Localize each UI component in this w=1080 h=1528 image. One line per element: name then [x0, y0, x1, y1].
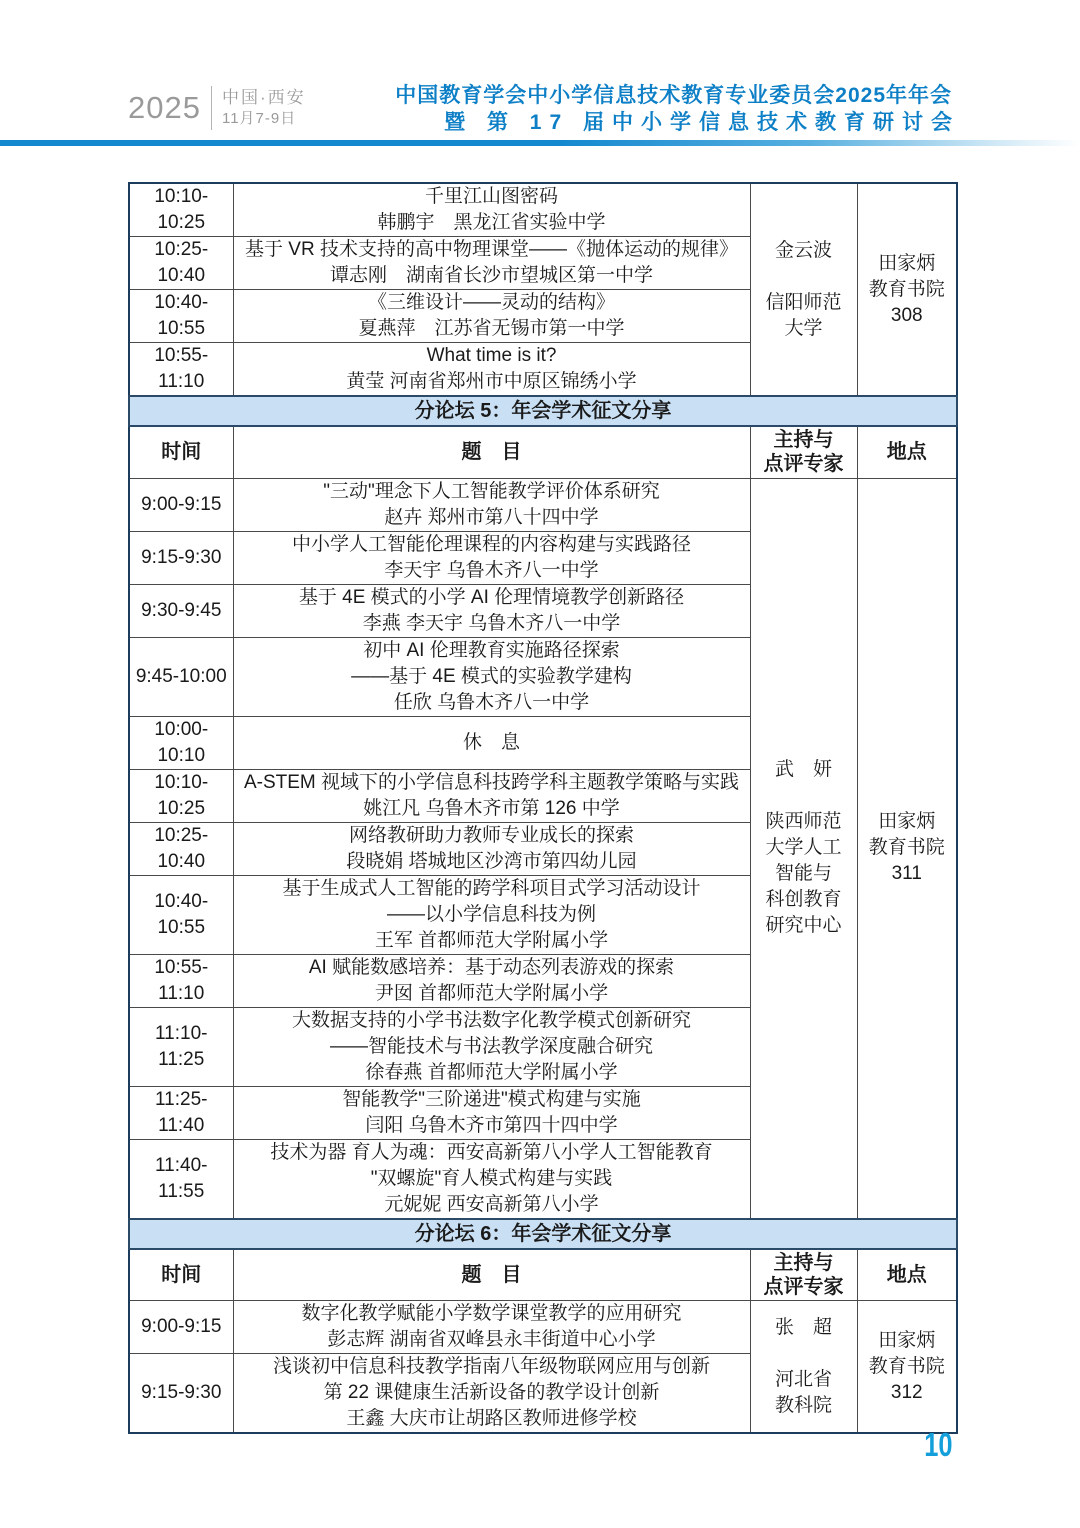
session-subtitle: ——基于 4E 模式的实验教学建构 [236, 664, 748, 690]
topic-cell: "三动"理念下人工智能教学评价体系研究 赵卉 郑州市第八十四中学 [233, 478, 750, 531]
host-name: 武 妍 [753, 757, 855, 783]
col-header-venue: 地点 [857, 426, 957, 478]
session-title: 基于生成式人工智能的跨学科项目式学习活动设计 [236, 876, 748, 902]
session-subtitle: ——以小学信息科技为例 [236, 902, 748, 928]
conference-title-line2: 暨 第 17 届中小学信息技术教育研讨会 [395, 109, 960, 136]
time-cell: 11:40-11:55 [129, 1139, 233, 1219]
event-dates: 11月7-9日 [222, 108, 306, 129]
column-header-row: 时间 题 目 主持与 点评专家 地点 [129, 426, 957, 478]
col-header-host: 主持与 点评专家 [750, 1249, 857, 1301]
col-header-time: 时间 [129, 426, 233, 478]
schedule-table: 10:10-10:25 千里江山图密码 韩鹏宇 黑龙江省实验中学 金云波 信阳师… [128, 182, 958, 1434]
session-author: 姚江凡 乌鲁木齐市第 126 中学 [236, 796, 748, 822]
venue-line: 教育书院 [860, 277, 955, 303]
host-name: 金云波 [753, 238, 855, 264]
host-org-line: 信阳师范 [753, 290, 855, 316]
session-author: 王鑫 大庆市让胡路区教师进修学校 [236, 1406, 748, 1432]
host-cell: 武 妍 陕西师范 大学人工 智能与 科创教育 研究中心 [750, 478, 857, 1219]
session-author: 尹囡 首都师范大学附属小学 [236, 981, 748, 1007]
session-subtitle: "双螺旋"育人模式构建与实践 [236, 1166, 748, 1192]
time-cell: 9:30-9:45 [129, 584, 233, 637]
col-header-time: 时间 [129, 1249, 233, 1301]
forum-banner-row: 分论坛 6：年会学术征文分享 [129, 1219, 957, 1249]
time-cell: 10:10-10:25 [129, 769, 233, 822]
session-author: 黄莹 河南省郑州市中原区锦绣小学 [236, 369, 748, 395]
venue-cell: 田家炳 教育书院 308 [857, 183, 957, 396]
topic-cell: 基于生成式人工智能的跨学科项目式学习活动设计 ——以小学信息科技为例 王军 首都… [233, 875, 750, 954]
session-author: 王军 首都师范大学附属小学 [236, 928, 748, 954]
venue-cell: 田家炳 教育书院 312 [857, 1301, 957, 1434]
time-cell: 11:25-11:40 [129, 1086, 233, 1139]
session-title: 浅谈初中信息科技教学指南八年级物联网应用与创新 [236, 1354, 748, 1380]
session-title: AI 赋能数感培养：基于动态列表游戏的探索 [236, 955, 748, 981]
host-org-line: 陕西师范 [753, 809, 855, 835]
time-cell: 9:15-9:30 [129, 531, 233, 584]
session-title: 初中 AI 伦理教育实施路径探索 [236, 638, 748, 664]
host-org-line: 研究中心 [753, 913, 855, 939]
time-cell: 10:40-10:55 [129, 290, 233, 343]
time-cell: 10:00-10:10 [129, 716, 233, 769]
host-cell: 金云波 信阳师范 大学 [750, 183, 857, 396]
col-header-topic: 题 目 [233, 426, 750, 478]
session-title: "三动"理念下人工智能教学评价体系研究 [236, 479, 748, 505]
topic-cell: AI 赋能数感培养：基于动态列表游戏的探索 尹囡 首都师范大学附属小学 [233, 954, 750, 1007]
session-author: 元妮妮 西安高新第八小学 [236, 1192, 748, 1218]
session-title: 技术为器 育人为魂：西安高新第八小学人工智能教育 [236, 1140, 748, 1166]
break-cell: 休 息 [233, 716, 750, 769]
session-author: 任欣 乌鲁木齐八一中学 [236, 690, 748, 716]
venue-line: 田家炳 [860, 251, 955, 277]
session-author: 韩鹏宇 黑龙江省实验中学 [236, 210, 748, 236]
page-number: 10 [924, 1426, 952, 1465]
host-org-line: 科创教育 [753, 887, 855, 913]
host-org-line: 智能与 [753, 861, 855, 887]
time-cell: 10:25-10:40 [129, 822, 233, 875]
session-title: 基于 4E 模式的小学 AI 伦理情境教学创新路径 [236, 585, 748, 611]
session-author: 徐春燕 首都师范大学附属小学 [236, 1060, 748, 1086]
host-org-line: 教科院 [753, 1393, 855, 1419]
session-title: A-STEM 视域下的小学信息科技跨学科主题教学策略与实践 [236, 770, 748, 796]
session-title: 数字化教学赋能小学数学课堂教学的应用研究 [236, 1301, 748, 1327]
topic-cell: 网络教研助力教师专业成长的探索 段晓娟 塔城地区沙湾市第四幼儿园 [233, 822, 750, 875]
topic-cell: 基于 VR 技术支持的高中物理课堂——《抛体运动的规律》 谭志刚 湖南省长沙市望… [233, 237, 750, 290]
conference-title: 中国教育学会中小学信息技术教育专业委员会2025年年会 暨 第 17 届中小学信… [395, 82, 952, 136]
event-year: 2025 [128, 90, 201, 126]
venue-line: 田家炳 [860, 809, 955, 835]
topic-cell: 技术为器 育人为魂：西安高新第八小学人工智能教育 "双螺旋"育人模式构建与实践 … [233, 1139, 750, 1219]
venue-line: 田家炳 [860, 1328, 955, 1354]
session-title: 网络教研助力教师专业成长的探索 [236, 823, 748, 849]
col-header-topic: 题 目 [233, 1249, 750, 1301]
topic-cell: 《三维设计——灵动的结构》 夏燕萍 江苏省无锡市第一中学 [233, 290, 750, 343]
host-org-line: 大学人工 [753, 835, 855, 861]
time-cell: 10:55-11:10 [129, 954, 233, 1007]
host-name: 张 超 [753, 1315, 855, 1341]
topic-cell: 中小学人工智能伦理课程的内容构建与实践路径 李天宇 乌鲁木齐八一中学 [233, 531, 750, 584]
session-author: 彭志辉 湖南省双峰县永丰街道中心小学 [236, 1327, 748, 1353]
time-cell: 10:25-10:40 [129, 237, 233, 290]
topic-cell: 大数据支持的小学书法数字化教学模式创新研究 ——智能技术与书法教学深度融合研究 … [233, 1007, 750, 1086]
column-header-row: 时间 题 目 主持与 点评专家 地点 [129, 1249, 957, 1301]
venue-cell: 田家炳 教育书院 311 [857, 478, 957, 1219]
col-header-host: 主持与 点评专家 [750, 426, 857, 478]
session-title: 千里江山图密码 [236, 184, 748, 210]
time-cell: 9:15-9:30 [129, 1354, 233, 1434]
break-label: 休 息 [236, 730, 748, 756]
session-author: 李天宇 乌鲁木齐八一中学 [236, 558, 748, 584]
session-author: 段晓娟 塔城地区沙湾市第四幼儿园 [236, 849, 748, 875]
session-title: What time is it? [236, 343, 748, 369]
session-title: 大数据支持的小学书法数字化教学模式创新研究 [236, 1008, 748, 1034]
topic-cell: What time is it? 黄莹 河南省郑州市中原区锦绣小学 [233, 343, 750, 397]
table-row: 9:00-9:15 "三动"理念下人工智能教学评价体系研究 赵卉 郑州市第八十四… [129, 478, 957, 531]
col-header-venue: 地点 [857, 1249, 957, 1301]
session-author: 谭志刚 湖南省长沙市望城区第一中学 [236, 263, 748, 289]
time-cell: 11:10-11:25 [129, 1007, 233, 1086]
host-org-line: 河北省 [753, 1367, 855, 1393]
session-title: 基于 VR 技术支持的高中物理课堂——《抛体运动的规律》 [236, 237, 748, 263]
time-cell: 10:40-10:55 [129, 875, 233, 954]
session-subtitle: ——智能技术与书法教学深度融合研究 [236, 1034, 748, 1060]
venue-room: 308 [860, 303, 955, 329]
topic-cell: 基于 4E 模式的小学 AI 伦理情境教学创新路径 李燕 李天宇 乌鲁木齐八一中… [233, 584, 750, 637]
forum-banner-row: 分论坛 5：年会学术征文分享 [129, 396, 957, 426]
session-author: 夏燕萍 江苏省无锡市第一中学 [236, 316, 748, 342]
time-cell: 9:45-10:00 [129, 637, 233, 716]
host-org-line: 大学 [753, 316, 855, 342]
conference-title-line1: 中国教育学会中小学信息技术教育专业委员会2025年年会 [395, 82, 952, 109]
forum-banner: 分论坛 5：年会学术征文分享 [129, 396, 957, 426]
session-title: 《三维设计——灵动的结构》 [236, 290, 748, 316]
header-rule [0, 140, 1080, 146]
session-title: 智能教学"三阶递进"模式构建与实施 [236, 1087, 748, 1113]
table-row: 10:10-10:25 千里江山图密码 韩鹏宇 黑龙江省实验中学 金云波 信阳师… [129, 183, 957, 237]
host-cell: 张 超 河北省 教科院 [750, 1301, 857, 1434]
session-subtitle: 第 22 课健康生活新设备的教学设计创新 [236, 1380, 748, 1406]
topic-cell: 浅谈初中信息科技教学指南八年级物联网应用与创新 第 22 课健康生活新设备的教学… [233, 1354, 750, 1434]
topic-cell: 数字化教学赋能小学数学课堂教学的应用研究 彭志辉 湖南省双峰县永丰街道中心小学 [233, 1301, 750, 1354]
time-cell: 10:10-10:25 [129, 183, 233, 237]
divider [211, 86, 212, 130]
session-author: 赵卉 郑州市第八十四中学 [236, 505, 748, 531]
topic-cell: 初中 AI 伦理教育实施路径探索 ——基于 4E 模式的实验教学建构 任欣 乌鲁… [233, 637, 750, 716]
venue-line: 教育书院 [860, 835, 955, 861]
session-author: 闫阳 乌鲁木齐市第四十四中学 [236, 1113, 748, 1139]
session-author: 李燕 李天宇 乌鲁木齐八一中学 [236, 611, 748, 637]
venue-room: 311 [860, 861, 955, 887]
event-date-block: 2025 中国·西安 11月7-9日 [128, 86, 306, 130]
venue-line: 教育书院 [860, 1354, 955, 1380]
session-title: 中小学人工智能伦理课程的内容构建与实践路径 [236, 532, 748, 558]
topic-cell: A-STEM 视域下的小学信息科技跨学科主题教学策略与实践 姚江凡 乌鲁木齐市第… [233, 769, 750, 822]
forum-banner: 分论坛 6：年会学术征文分享 [129, 1219, 957, 1249]
topic-cell: 智能教学"三阶递进"模式构建与实施 闫阳 乌鲁木齐市第四十四中学 [233, 1086, 750, 1139]
topic-cell: 千里江山图密码 韩鹏宇 黑龙江省实验中学 [233, 183, 750, 237]
event-place: 中国·西安 [222, 87, 306, 108]
table-row: 9:00-9:15 数字化教学赋能小学数学课堂教学的应用研究 彭志辉 湖南省双峰… [129, 1301, 957, 1354]
venue-room: 312 [860, 1380, 955, 1406]
time-cell: 10:55-11:10 [129, 343, 233, 397]
time-cell: 9:00-9:15 [129, 478, 233, 531]
time-cell: 9:00-9:15 [129, 1301, 233, 1354]
